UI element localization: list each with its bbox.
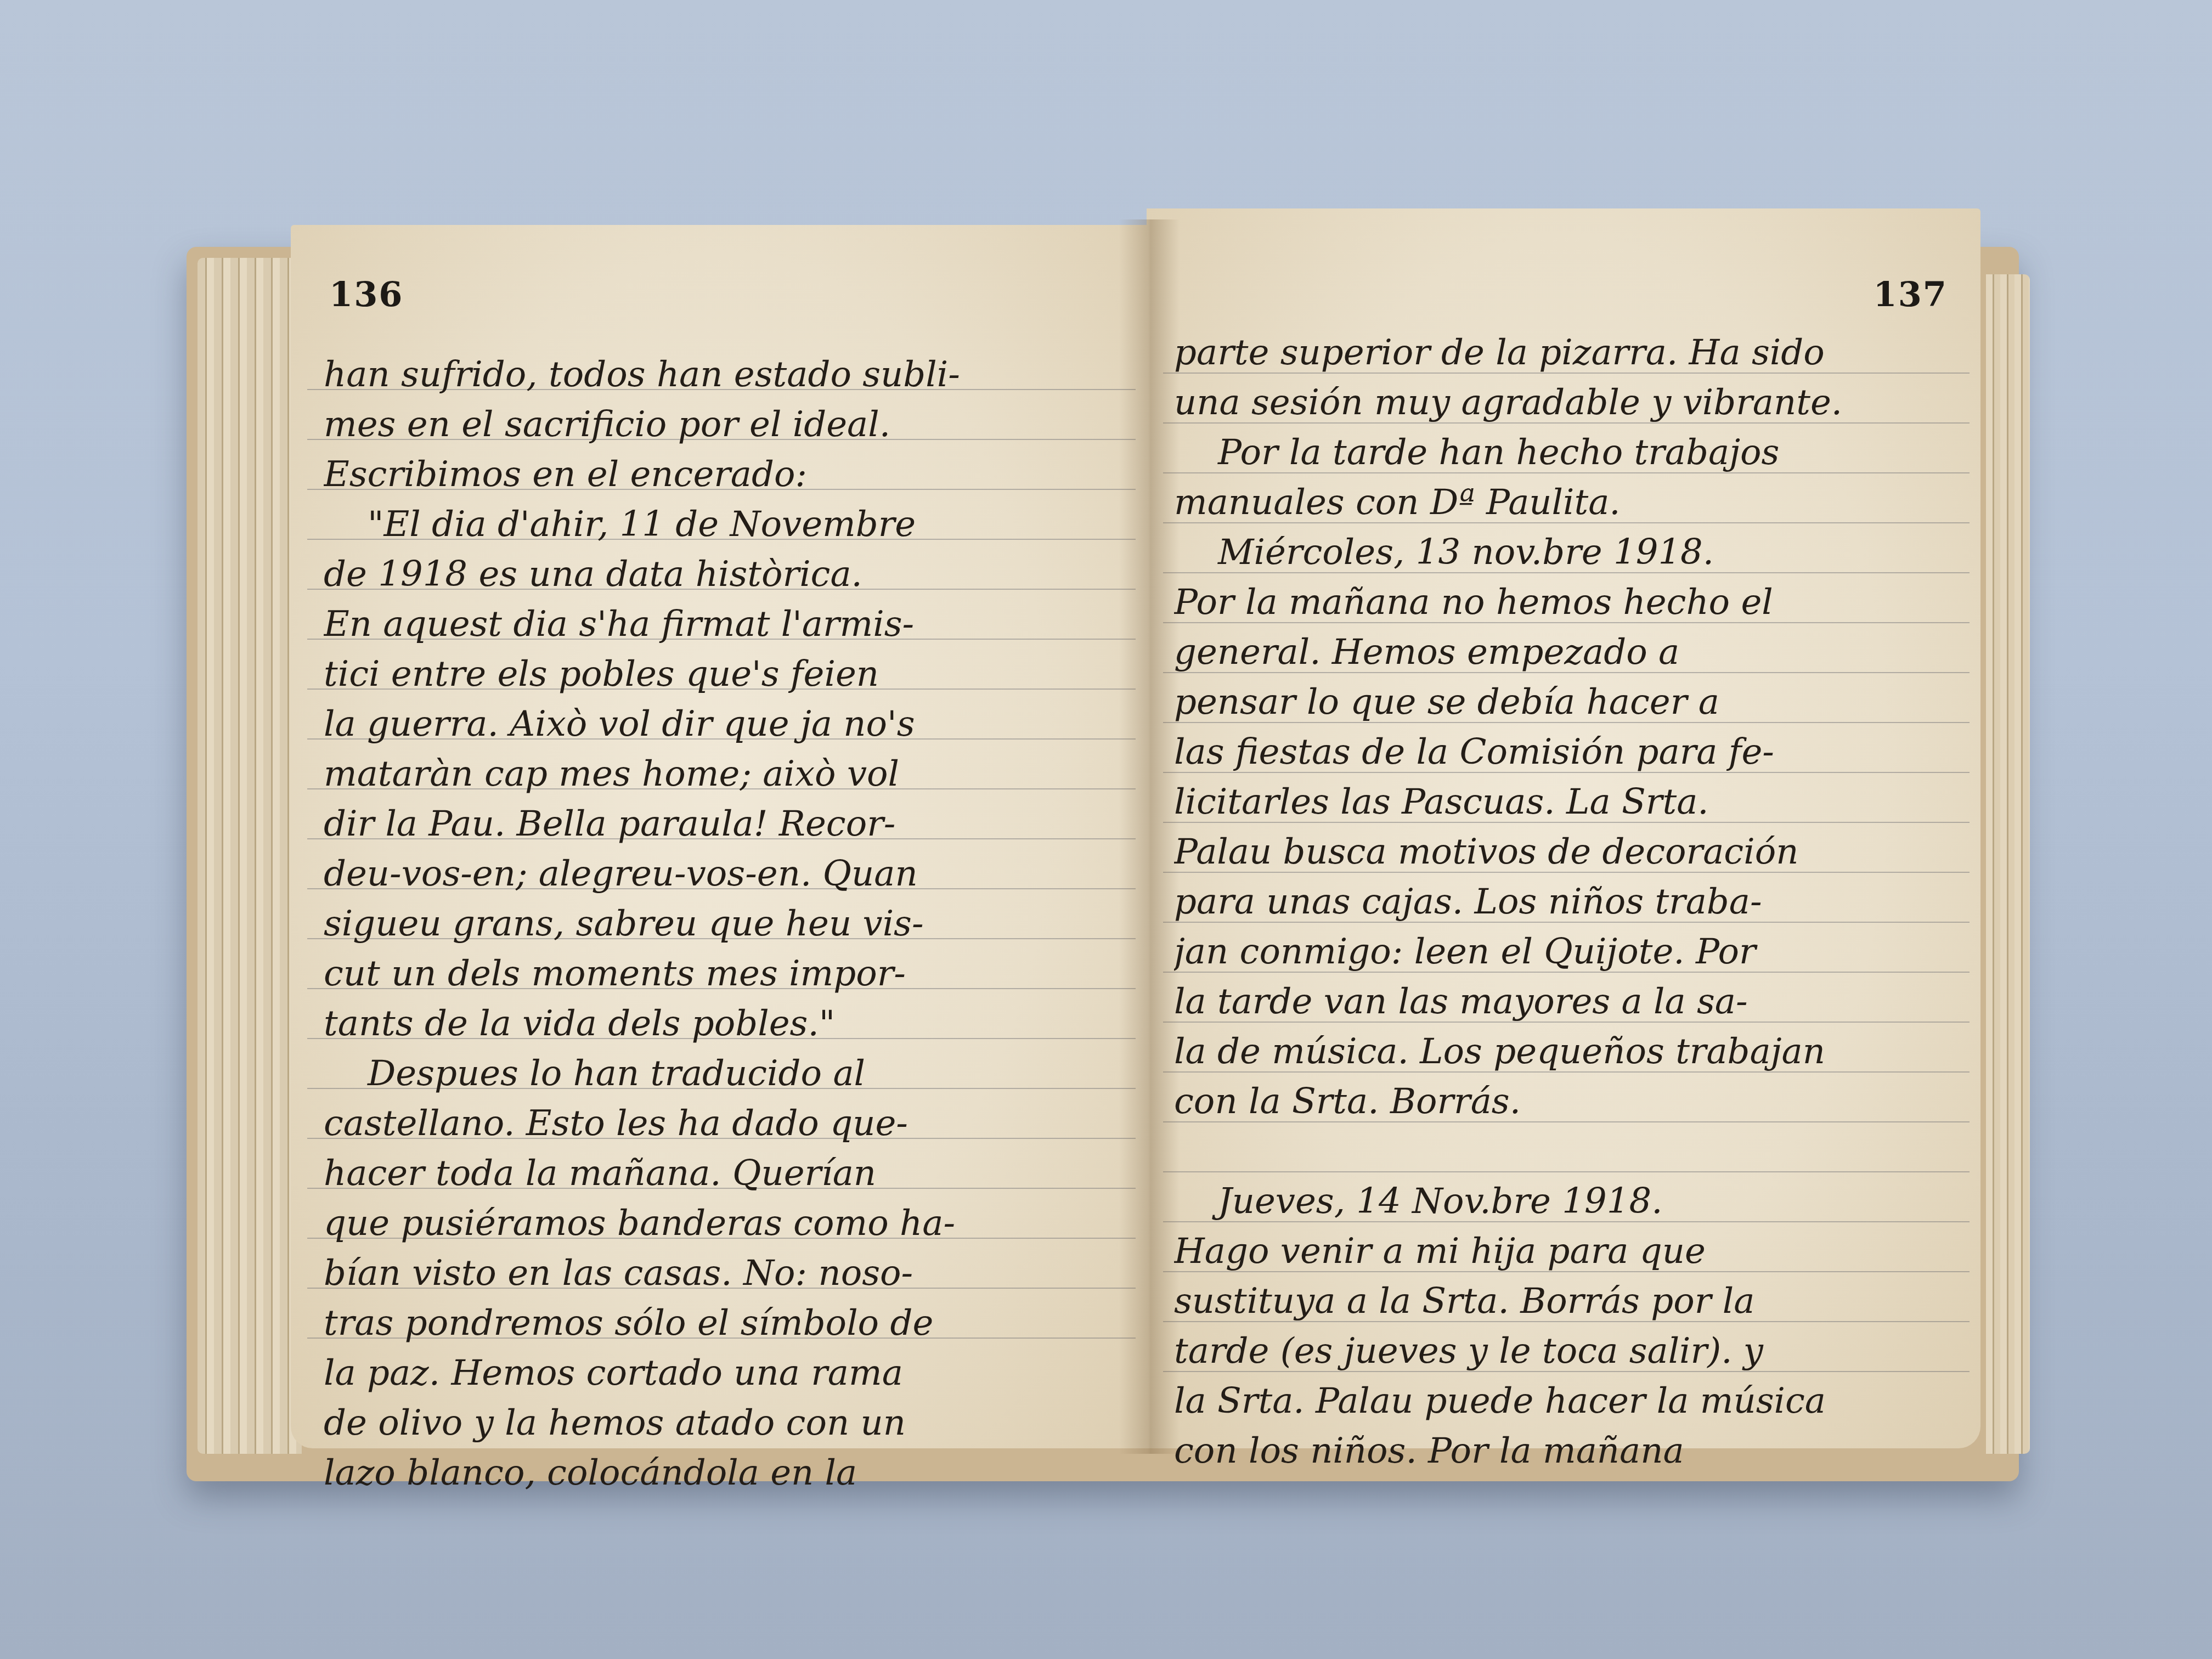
page-number-right: 137	[1874, 274, 1948, 314]
text-line: que pusiéramos banderas como ha-	[324, 1199, 1125, 1249]
text-line: mes en el sacrificio por el ideal.	[324, 400, 1125, 450]
text-line: la guerra. Això vol dir que ja no's	[324, 699, 1125, 749]
text-line: licitarles las Pascuas. La Srta.	[1174, 777, 1959, 827]
text-line: lazo blanco, colocándola en la	[324, 1448, 1125, 1498]
page-number-left: 136	[329, 274, 403, 314]
text-line: manuales con Dª Paulita.	[1174, 478, 1959, 528]
text-line: Hago venir a mi hija para que	[1174, 1227, 1959, 1277]
page-edges-right	[1986, 274, 2030, 1454]
text-line: bían visto en las casas. No: noso-	[324, 1249, 1125, 1299]
left-page: 136 han sufrido, todos han estado subli-…	[291, 225, 1147, 1448]
text-line: deu-vos-en; alegreu-vos-en. Quan	[324, 849, 1125, 899]
text-line: sustituya a la Srta. Borrás por la	[1174, 1277, 1959, 1327]
blank-line	[1174, 1127, 1959, 1177]
text-line: tarde (es jueves y le toca salir). y	[1174, 1327, 1959, 1376]
text-line: para unas cajas. Los niños traba-	[1174, 877, 1959, 927]
text-line: cut un dels moments mes impor-	[324, 949, 1125, 999]
right-page: 137 parte superior de la pizarra. Ha sid…	[1147, 208, 1980, 1448]
text-line: una sesión muy agradable y vibrante.	[1174, 378, 1959, 428]
text-line: Por la tarde han hecho trabajos	[1174, 428, 1959, 478]
entry-date-heading: Miércoles, 13 nov.bre 1918.	[1174, 528, 1959, 578]
text-line: Palau busca motivos de decoración	[1174, 827, 1959, 877]
text-line: la paz. Hemos cortado una rama	[324, 1348, 1125, 1398]
text-line: Por la mañana no hemos hecho el	[1174, 578, 1959, 628]
text-line: sigueu grans, sabreu que heu vis-	[324, 899, 1125, 949]
text-line: hacer toda la mañana. Querían	[324, 1149, 1125, 1199]
handwritten-text-right: parte superior de la pizarra. Ha sido un…	[1174, 328, 1959, 1476]
text-line: jan conmigo: leen el Quijote. Por	[1174, 927, 1959, 977]
text-line: En aquest dia s'ha firmat l'armis-	[324, 600, 1125, 650]
text-line: la de música. Los pequeños trabajan	[1174, 1027, 1959, 1077]
text-line: de olivo y la hemos atado con un	[324, 1398, 1125, 1448]
text-line: pensar lo que se debía hacer a	[1174, 678, 1959, 727]
text-line: tants de la vida dels pobles."	[324, 999, 1125, 1049]
text-line: con la Srta. Borrás.	[1174, 1077, 1959, 1127]
text-line: castellano. Esto les ha dado que-	[324, 1099, 1125, 1149]
text-line: la tarde van las mayores a la sa-	[1174, 977, 1959, 1027]
text-line: tici entre els pobles que's feien	[324, 650, 1125, 699]
text-line: de 1918 es una data històrica.	[324, 550, 1125, 600]
text-line: con los niños. Por la mañana	[1174, 1426, 1959, 1476]
open-notebook: 136 han sufrido, todos han estado subli-…	[187, 208, 2030, 1487]
text-line: "El dia d'ahir, 11 de Novembre	[324, 500, 1125, 550]
text-line: general. Hemos empezado a	[1174, 628, 1959, 678]
text-line: Despues lo han traducido al	[324, 1049, 1125, 1099]
handwritten-text-left: han sufrido, todos han estado subli- mes…	[324, 350, 1125, 1498]
text-line: mataràn cap mes home; això vol	[324, 749, 1125, 799]
text-line: Escribimos en el encerado:	[324, 450, 1125, 500]
page-edges-left	[198, 258, 302, 1454]
text-line: dir la Pau. Bella paraula! Recor-	[324, 799, 1125, 849]
entry-date-heading: Jueves, 14 Nov.bre 1918.	[1174, 1177, 1959, 1227]
text-line: parte superior de la pizarra. Ha sido	[1174, 328, 1959, 378]
text-line: las fiestas de la Comisión para fe-	[1174, 727, 1959, 777]
text-line: han sufrido, todos han estado subli-	[324, 350, 1125, 400]
text-line: la Srta. Palau puede hacer la música	[1174, 1376, 1959, 1426]
text-line: tras pondremos sólo el símbolo de	[324, 1299, 1125, 1348]
